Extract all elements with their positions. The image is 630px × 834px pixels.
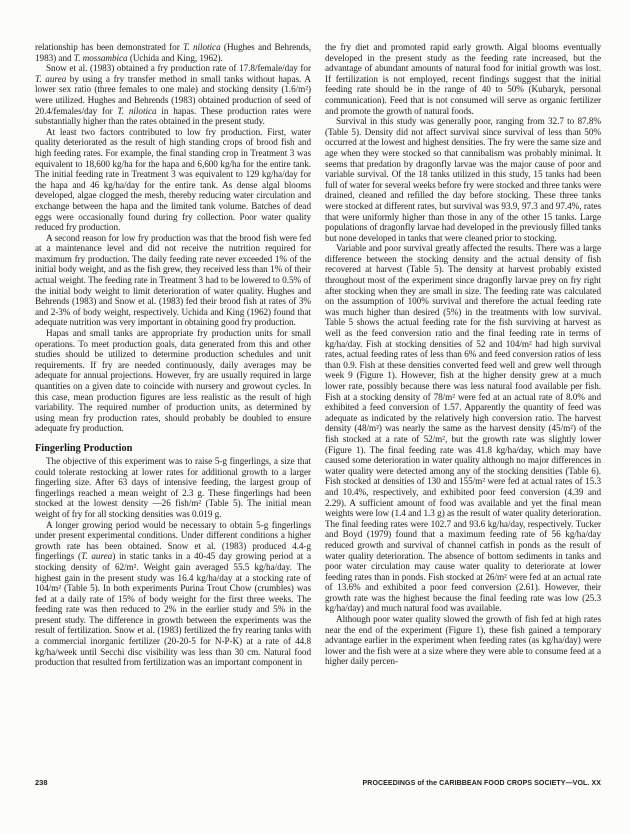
species-name: T. nilotica (183, 42, 221, 52)
species-name: T. aurea (81, 551, 112, 561)
paragraph: A longer growing period would be necessa… (35, 520, 311, 668)
species-name: T. mossambica (74, 53, 128, 63)
proceedings-running-title: PROCEEDINGS of the CARIBBEAN FOOD CROPS … (363, 780, 601, 787)
paragraph: Hapas and small tanks are appropriate fr… (35, 328, 311, 434)
species-name: T. aurea (35, 74, 66, 84)
page-body: relationship has been demonstrated for T… (0, 0, 630, 668)
paragraph: Although poor water quality slowed the g… (325, 614, 601, 667)
page-number: 238 (35, 778, 48, 787)
page-footer: 238 PROCEEDINGS of the CARIBBEAN FOOD CR… (35, 778, 601, 787)
paragraph: the fry diet and promoted rapid early gr… (325, 42, 601, 116)
paragraph: Variable and poor survival greatly affec… (325, 243, 601, 614)
species-name: T. nilotica (117, 106, 156, 116)
paragraph: relationship has been demonstrated for T… (35, 42, 311, 63)
left-column: relationship has been demonstrated for T… (35, 42, 311, 668)
right-column: the fry diet and promoted rapid early gr… (325, 42, 601, 668)
paragraph: Survival in this study was generally poo… (325, 116, 601, 243)
paragraph: At least two factors contributed to low … (35, 127, 311, 233)
paragraph: The objective of this experiment was to … (35, 456, 311, 520)
paragraph: A second reason for low fry production w… (35, 233, 311, 328)
scanned-paper-page: relationship has been demonstrated for T… (0, 0, 630, 834)
paragraph: Snow et al. (1983) obtained a fry produc… (35, 63, 311, 127)
section-heading: Fingerling Production (35, 443, 311, 454)
